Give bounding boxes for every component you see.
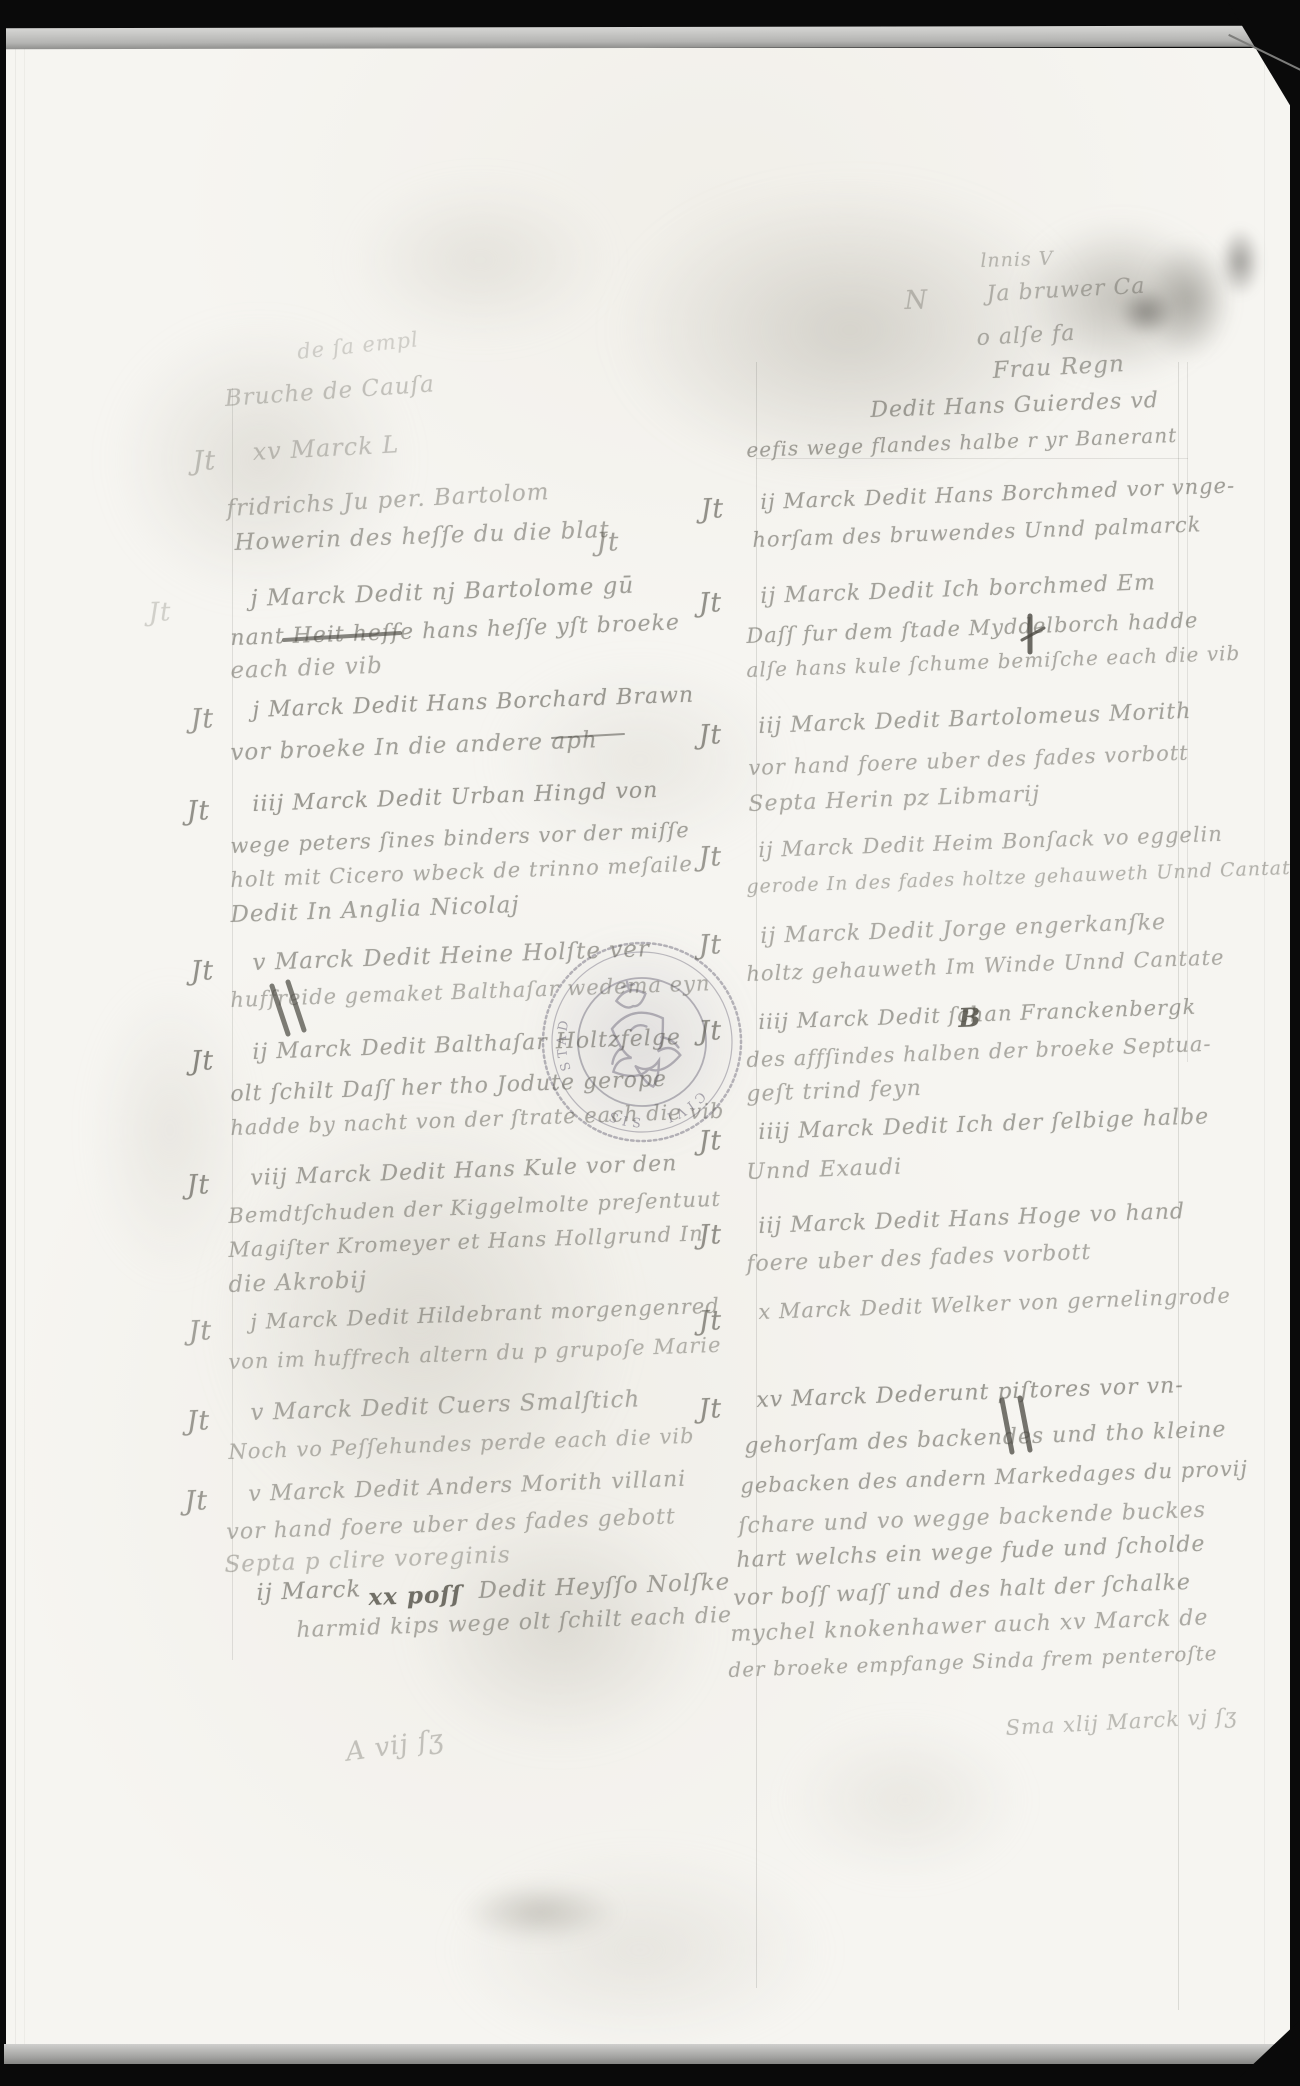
manuscript-line: B	[958, 1003, 982, 1034]
item-mark: Jt	[188, 1315, 213, 1347]
manuscript-line: vor hand foere uber des fades gebott	[226, 1504, 676, 1545]
manuscript-line: die Akrobij	[228, 1267, 367, 1298]
item-mark: Jt	[190, 955, 215, 987]
scan-right-border	[1290, 0, 1300, 2086]
item-mark: Jt	[186, 1405, 211, 1437]
item-mark: Jt	[698, 1219, 723, 1251]
manuscript-line: vor broeke In die andere aph	[230, 727, 598, 766]
manuscript-line: vor hand foere uber des fades vorbott	[748, 741, 1189, 780]
manuscript-line: holtz gehauweth Im Winde Unnd Cantate	[746, 945, 1225, 986]
manuscript-line: holt mit Cicero wbeck de trinno meſaile	[230, 852, 693, 892]
manuscript-line: mychel knokenhawer auch xv Marck de	[730, 1605, 1209, 1647]
manuscript-line: Magiſter Kromeyer et Hans Hollgrund In	[228, 1221, 704, 1262]
manuscript-line: each die vib	[230, 653, 383, 684]
manuscript-line: Dedit Heyſſo Nolſke	[478, 1569, 731, 1604]
item-mark: Jt	[190, 703, 215, 735]
manuscript-line: iiij Marck Dedit Ich der ſelbige halbe	[758, 1104, 1210, 1145]
manuscript-line: ſchare und vo wegge backende buckes	[738, 1498, 1206, 1539]
manuscript-line: de ſa empl	[296, 327, 420, 364]
manuscript-line: iij Marck Dedit Bartolomeus Morith	[758, 699, 1192, 739]
item-mark: Jt	[186, 1169, 211, 1201]
manuscript-line: xv Marck Dederunt piſtores vor vn-	[756, 1373, 1184, 1413]
item-mark: Jt	[186, 795, 211, 827]
manuscript-line: ij Marck Dedit Ich borchmed Em	[760, 570, 1156, 609]
column-rule	[1264, 48, 1265, 2046]
manuscript-line: Dedit In Anglia Nicolaj	[230, 892, 520, 928]
book-top-edge	[4, 26, 1256, 50]
manuscript-line: Noch vo Peſſehundes perde each die vib	[228, 1424, 695, 1464]
manuscript-line: N	[904, 285, 929, 316]
manuscript-line: des affſindes halben der broeke Septua-	[746, 1032, 1212, 1072]
column-rule	[15, 48, 16, 2046]
ink-stain	[785, 1720, 1025, 1880]
item-mark: Jt	[698, 1393, 723, 1425]
manuscript-line: der broeke empfange Sinda frem penteroſt…	[728, 1641, 1218, 1682]
scan-top-border	[0, 0, 1300, 28]
book-bottom-edge	[4, 2044, 1290, 2066]
manuscript-line: Septa Herin pz Libmarij	[748, 782, 1040, 817]
manuscript-line: v Marck Dedit Anders Morith villani	[248, 1467, 687, 1507]
manuscript-line: hart welchs ein wege fude und ſcholde	[736, 1532, 1206, 1573]
manuscript-line: Ja bruwer Ca	[986, 274, 1146, 307]
manuscript-line: Septa p clire voreginis	[224, 1542, 511, 1578]
item-mark: Jt	[698, 587, 723, 619]
manuscript-line: ij Marck Dedit Jorge engerkanſke	[760, 910, 1167, 949]
manuscript-line: Sma xlij Marck vj ſʒ	[1005, 1704, 1238, 1740]
column-rule	[232, 388, 233, 1660]
manuscript-line: Frau Regn	[992, 351, 1125, 384]
manuscript-line: viij Marck Dedit Hans Kule vor den	[250, 1151, 678, 1191]
manuscript-line: wege peters ſines binders vor der miſſe	[230, 818, 690, 858]
manuscript-line: iij Marck Dedit Hans Hoge vo hand	[758, 1199, 1185, 1239]
manuscript-line: Bemdtſchuden der Kiggelmolte preſentuut	[228, 1187, 721, 1228]
item-mark: Jt	[698, 841, 723, 873]
ink-stain	[460, 1882, 620, 1942]
scan-left-border	[0, 0, 6, 2086]
manuscript-line: x Marck Dedit Welker von gernelingrode	[758, 1284, 1231, 1324]
manuscript-line: eefis wege flandes halbe r yr Banerant	[746, 423, 1178, 462]
manuscript-line: ij Marck	[256, 1576, 362, 1606]
manuscript-line: gehorſam des backendes und tho kleine	[744, 1417, 1227, 1459]
manuscript-line: iiij Marck Dedit Urban Hingd von	[252, 778, 659, 817]
manuscript-line: horſam des bruwendes Unnd palmarck	[752, 512, 1202, 552]
manuscript-line: foere uber des fades vorbott	[746, 1240, 1092, 1277]
manuscript-line: alſe hans kule ſchume bemiſche each die …	[746, 641, 1241, 682]
manuscript-line: o alſe fa	[976, 321, 1076, 351]
manuscript-line: ij Marck Dedit Hans Borchmed vor vnge-	[760, 473, 1235, 514]
item-mark: Jt	[698, 719, 723, 751]
manuscript-line: A vij ſʒ	[344, 1724, 446, 1767]
item-mark: Jt	[700, 493, 725, 525]
scan-bottom-border	[0, 2064, 1300, 2086]
item-mark: Jt	[190, 1045, 215, 1077]
manuscript-line: xx poſſ	[368, 1581, 463, 1611]
item-mark: Jt	[698, 1305, 723, 1337]
manuscript-line: Bruche de Cauſa	[224, 371, 436, 412]
ink-stain	[450, 1850, 830, 2050]
item-mark: Jt	[192, 445, 217, 477]
manuscript-line: ij Marck Dedit Heim Bonſack vo eggelin	[758, 822, 1223, 862]
item-mark: Jt	[698, 1015, 723, 1047]
item-mark: Jt	[148, 597, 172, 628]
manuscript-line: fridrichs Ju per. Bartolom	[226, 479, 550, 522]
book-scan: de ſa emplBruche de CauſaJtxv Marck Lfri…	[0, 0, 1300, 2086]
manuscript-line: Daſſ fur dem ſtade Myddelborch hadde	[746, 608, 1199, 648]
manuscript-line: gebacken des andern Markedages du provij	[740, 1456, 1248, 1498]
manuscript-line: nant Heit heſſe hans heſſe yſt broeke	[230, 610, 680, 651]
item-mark: Jt	[596, 527, 620, 558]
manuscript-line: von im huffrech altern du p grupoſe Mari…	[228, 1333, 722, 1374]
item-mark: Jt	[698, 1125, 723, 1157]
manuscript-line: v Marck Dedit Cuers Smalſtich	[250, 1386, 641, 1426]
manuscript-line: xv Marck L	[252, 430, 400, 466]
manuscript-line: vor boſſ waſſ und des halt der ſchalke	[733, 1570, 1191, 1611]
manuscript-page: de ſa emplBruche de CauſaJtxv Marck Lfri…	[6, 48, 1290, 2046]
item-mark: Jt	[698, 929, 723, 961]
manuscript-line: gerode In des fades holtze gehauweth Unn…	[746, 857, 1300, 898]
manuscript-line: Dedit Hans Guierdes vd	[870, 388, 1159, 423]
manuscript-line: geſt trind feyn	[746, 1076, 922, 1107]
manuscript-line: Howerin des heſſe du die blat	[234, 517, 610, 556]
item-mark: Jt	[184, 1485, 209, 1517]
ink-stain	[90, 980, 250, 1280]
manuscript-line: j Marck Dedit nj Bartolome gū	[250, 573, 635, 612]
manuscript-line: j Marck Dedit Hans Borchard Brawn	[252, 683, 695, 723]
column-rule	[24, 48, 25, 2046]
manuscript-line: harmid kips wege olt ſchilt each die	[296, 1603, 732, 1643]
manuscript-line: lnnis V	[980, 247, 1054, 272]
ink-stain	[1219, 227, 1261, 297]
manuscript-line: Unnd Exaudi	[746, 1155, 903, 1185]
ink-stain	[1143, 240, 1233, 360]
manuscript-line: j Marck Dedit Hildebrant morgengenred	[250, 1294, 720, 1334]
ink-stain	[350, 180, 610, 340]
